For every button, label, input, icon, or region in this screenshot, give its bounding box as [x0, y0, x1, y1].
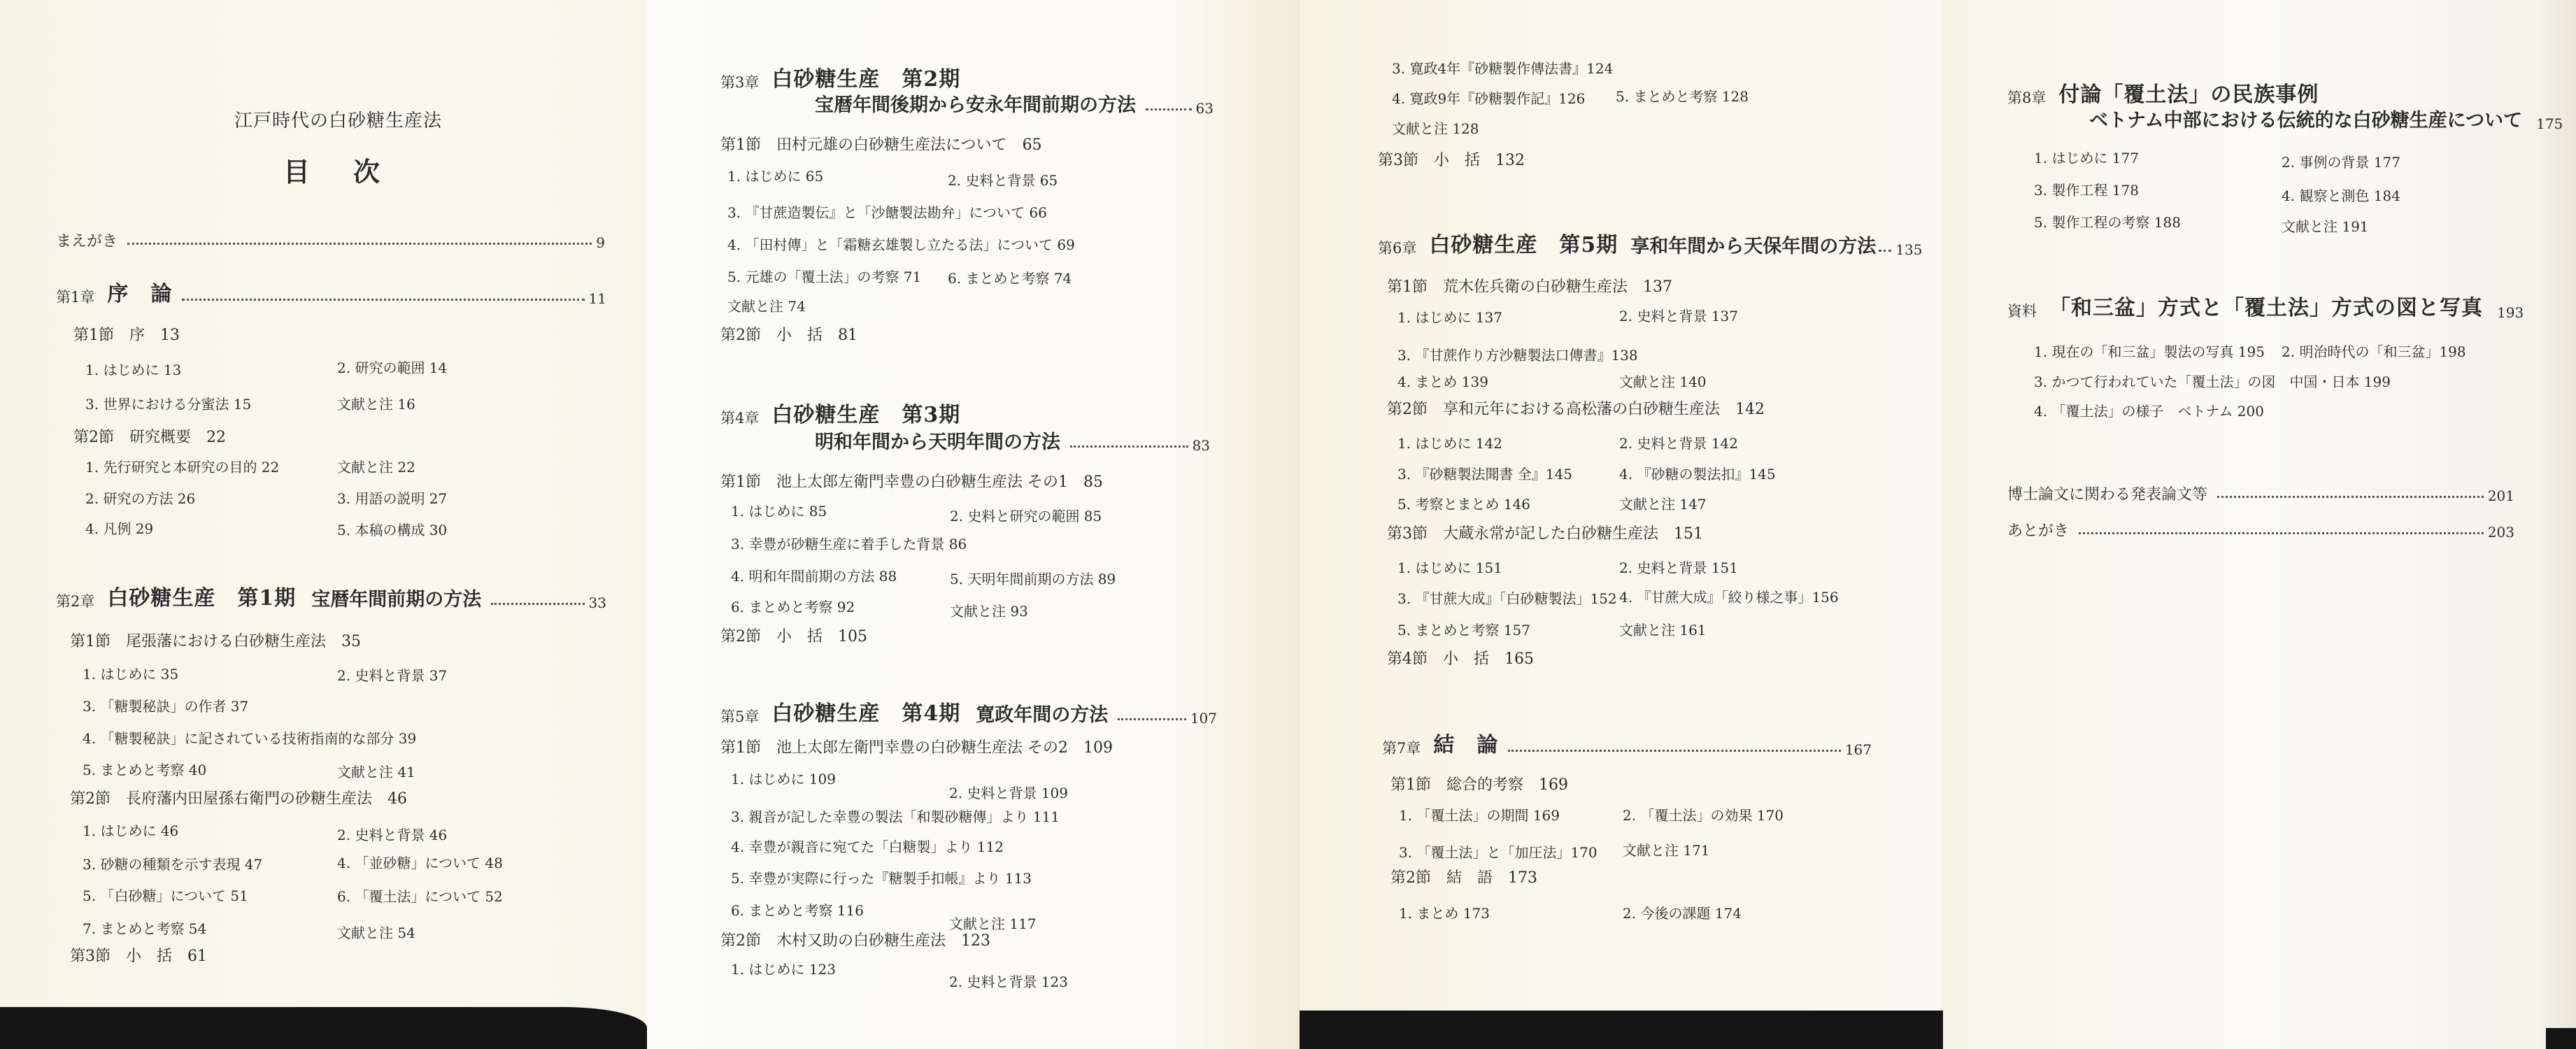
page-number: 173	[1508, 869, 1537, 887]
dot-leader	[1070, 445, 1188, 448]
chapter-title: 序 論	[107, 276, 172, 307]
scan-background-gap	[2546, 1028, 2576, 1049]
section-entry[interactable]: 第3節小 括132	[1378, 148, 1525, 170]
list-item[interactable]: 6. まとめと考察 116	[731, 899, 864, 920]
page-number: 142	[1735, 401, 1765, 418]
list-item[interactable]: 5. 天明年間前期の方法 89	[950, 568, 1116, 588]
section-title: 研究概要	[129, 429, 191, 446]
toc-heading-char: 次	[353, 150, 381, 189]
section-entry[interactable]: 第4節小 括165	[1387, 647, 1534, 669]
page-number: 203	[2488, 524, 2514, 541]
section-label: 第1節	[720, 739, 761, 757]
list-item[interactable]: 3. 寛政4年『砂糖製作傳法書』124	[1392, 57, 1613, 78]
list-item[interactable]: 2. 史料と背景 137	[1619, 305, 1738, 325]
chapter-3-subtitle-row[interactable]: 宝暦年間後期から安永年間前期の方法 63	[815, 90, 1214, 117]
list-item[interactable]: 4. 観察と測色 184	[2282, 185, 2400, 205]
chapter-5-heading[interactable]: 第5章 白砂糖生産 第4期 寛政年間の方法 107	[720, 696, 1217, 727]
list-item[interactable]: 1. はじめに 109	[731, 768, 836, 788]
page-number: 81	[838, 327, 858, 344]
list-item[interactable]: 3. 『甘蔗作り方沙糖製法口傳書』138	[1397, 344, 1638, 364]
chapter-title: 白砂糖生産 第5期	[1429, 227, 1618, 258]
page-number: 107	[1190, 710, 1217, 727]
entry-label: まえがき	[56, 229, 118, 251]
list-item[interactable]: 4. 『甘蔗大成』「絞り様之事」156	[1619, 586, 1839, 606]
page-number: 85	[1083, 473, 1103, 491]
section-title: 田村元雄の白砂糖生産法について	[776, 136, 1007, 154]
list-item[interactable]: 2. 「覆土法」の効果 170	[1623, 804, 1784, 825]
list-item[interactable]: 3. 「糖製秘訣」の作者 37	[83, 695, 248, 715]
section-entry[interactable]: 第1節尾張藩における白砂糖生産法35	[70, 629, 361, 651]
section-label: 第2節	[1387, 401, 1428, 418]
dot-leader	[1879, 250, 1891, 252]
page-number: 83	[1193, 437, 1210, 454]
page-number: 46	[387, 790, 407, 808]
dot-leader	[1508, 750, 1840, 752]
page-number: 13	[160, 327, 180, 344]
section-entry[interactable]: 第1節荒木佐兵衛の白砂糖生産法137	[1387, 275, 1672, 297]
list-item[interactable]: 1. 現在の「和三盆」製法の写真 195	[2034, 341, 2265, 361]
list-item[interactable]: 1. 「覆土法」の期間 169	[1399, 804, 1560, 825]
list-item[interactable]: 4. 明和年間前期の方法 88	[731, 565, 897, 585]
section-entry[interactable]: 第1節序13	[73, 323, 180, 345]
section-label: 第2節	[70, 790, 111, 808]
section-label: 第4節	[1387, 650, 1428, 668]
section-title: 大蔵永常が記した白砂糖生産法	[1443, 525, 1658, 543]
section-label: 第3節	[1378, 152, 1418, 169]
page-number: 165	[1504, 650, 1534, 668]
list-item[interactable]: 3. 『甘蔗造製伝』と「沙餹製法勘弁」について 66	[727, 201, 1047, 222]
list-item[interactable]: 1. はじめに 46	[83, 820, 178, 840]
list-item[interactable]: 3. かつて行われていた「覆土法」の図 中国・日本 199	[2034, 371, 2391, 391]
section-label: 第3節	[70, 948, 111, 965]
list-item[interactable]: 2. 史料と背景 151	[1619, 557, 1738, 577]
page-number: 135	[1895, 241, 1922, 258]
section-entry[interactable]: 第2節小 括105	[720, 625, 867, 646]
list-item[interactable]: 文献と注 74	[727, 295, 806, 315]
section-title: 木村又助の白砂糖生産法	[776, 932, 946, 950]
section-entry[interactable]: 第1節田村元雄の白砂糖生産法について65	[720, 133, 1042, 155]
list-item[interactable]: 5. まとめと考察 157	[1397, 619, 1530, 639]
section-title: 小 括	[776, 327, 823, 344]
section-title: 池上太郎左衛門幸豊の白砂糖生産法 その1	[776, 473, 1068, 491]
list-item[interactable]: 3. 「覆土法」と「加圧法」170	[1399, 841, 1597, 862]
list-item[interactable]: 4. まとめ 139	[1397, 371, 1488, 391]
page-number: 132	[1495, 152, 1525, 169]
list-item[interactable]: 5. 幸豊が実際に行った『糖製手扣帳』より 113	[731, 867, 1032, 887]
page-number: 151	[1674, 525, 1703, 543]
chapter-number: 第2章	[56, 590, 94, 611]
list-item[interactable]: 4. 「田村傳」と「霜糖玄雄製し立たる法」について 69	[727, 234, 1075, 254]
list-item[interactable]: 3. 用語の説明 27	[337, 487, 447, 508]
list-item[interactable]: 1. はじめに 151	[1397, 557, 1502, 577]
dot-leader	[2079, 532, 2484, 534]
chapter-subtitle: 寛政年間の方法	[976, 699, 1108, 727]
page-number: 175	[2536, 115, 2563, 132]
page-number: 35	[341, 633, 361, 650]
list-item[interactable]: 2. 史料と背景 109	[949, 782, 1068, 802]
appendix-title: 「和三盆」方式と「覆土法」方式の図と写真	[2049, 290, 2483, 321]
section-title: 総合的考察	[1446, 776, 1523, 794]
list-item[interactable]: 2. 研究の方法 26	[85, 487, 195, 508]
chapter-4-heading[interactable]: 第4章 白砂糖生産 第3期	[720, 397, 960, 428]
chapter-subtitle: 享和年間から天保年間の方法	[1630, 231, 1876, 258]
dot-leader	[1118, 718, 1186, 720]
list-item[interactable]: 4. 『砂糖の製法扣』145	[1619, 463, 1776, 483]
chapter-title: 白砂糖生産 第2期	[771, 62, 960, 92]
scan-background-gap	[1300, 1011, 1943, 1049]
list-item[interactable]: 1. はじめに 85	[731, 500, 827, 520]
entry-label: 博士論文に関わる発表論文等	[2007, 483, 2207, 504]
list-item[interactable]: 1. はじめに 142	[1397, 432, 1502, 452]
section-entry[interactable]: 第2節享和元年における高松藩の白砂糖生産法142	[1387, 397, 1765, 419]
chapter-number: 第7章	[1382, 737, 1421, 758]
section-entry[interactable]: 第2節研究概要22	[73, 425, 226, 447]
list-item[interactable]: 文献と注 161	[1619, 619, 1707, 639]
section-label: 第1節	[1390, 776, 1431, 794]
section-title: 尾張藩における白砂糖生産法	[126, 633, 326, 650]
list-item[interactable]: 1. はじめに 123	[731, 958, 836, 978]
section-entry[interactable]: 第2節結 語173	[1390, 866, 1537, 887]
list-item[interactable]: 1. はじめに 137	[1397, 306, 1502, 327]
section-label: 第2節	[720, 932, 761, 950]
list-item[interactable]: 3. 『砂糖製法聞書 全』145	[1397, 463, 1572, 483]
chapter-subtitle: 宝暦年間後期から安永年間前期の方法	[815, 90, 1136, 117]
list-item[interactable]: 2. 史料と背景 46	[337, 824, 447, 844]
chapter-1-heading[interactable]: 第1章 序 論 11	[56, 276, 606, 307]
chapter-subtitle: 明和年間から天明年間の方法	[815, 427, 1060, 454]
toc-entry-preface[interactable]: まえがき 9	[56, 229, 605, 251]
list-item[interactable]: 4. 凡例 29	[85, 518, 153, 538]
page-number: 9	[596, 234, 605, 251]
page-number: 201	[2488, 487, 2514, 504]
toc-page-4: 第8章 付論「覆土法」の民族事例 ベトナム中部における伝統的な白砂糖生産について…	[1941, 0, 2576, 1049]
page-number: 123	[961, 932, 990, 950]
list-item[interactable]: 7. まとめと考察 54	[83, 918, 206, 938]
toc-page-1: 江戸時代の白砂糖生産法 目次 まえがき 9 第1章 序 論 11 第1節序13 …	[0, 0, 647, 1049]
list-item[interactable]: 1. はじめに 35	[83, 663, 178, 683]
page-number: 33	[589, 594, 606, 611]
chapter-number: 第5章	[720, 706, 759, 727]
section-label: 第1節	[70, 633, 111, 650]
list-item[interactable]: 2. 研究の範囲 14	[337, 357, 447, 377]
page-number: 169	[1539, 776, 1568, 794]
chapter-8-subtitle-row[interactable]: ベトナム中部における伝統的な白砂糖生産について 175	[2089, 105, 2514, 132]
chapter-3-heading[interactable]: 第3章 白砂糖生産 第2期	[720, 62, 960, 92]
toc-heading-char: 目	[283, 150, 311, 189]
section-entry[interactable]: 第1節総合的考察169	[1390, 773, 1568, 794]
section-entry[interactable]: 第1節池上太郎左衛門幸豊の白砂糖生産法 その2109	[720, 736, 1113, 757]
list-item[interactable]: 3. 砂糖の種類を示す表現 47	[83, 853, 262, 873]
list-item[interactable]: 3. 世界における分蜜法 15	[85, 393, 251, 413]
list-item[interactable]: 5. 「白砂糖」について 51	[83, 885, 248, 905]
dot-leader	[491, 603, 584, 605]
list-item[interactable]: 2. 史料と研究の範囲 85	[950, 505, 1102, 525]
list-item[interactable]: 文献と注 54	[337, 922, 415, 942]
toc-entry-afterword[interactable]: あとがき 203	[2007, 519, 2514, 541]
page-number: 137	[1643, 278, 1672, 296]
list-item[interactable]: 6. まとめと考察 92	[731, 596, 855, 616]
section-label: 第3節	[1387, 525, 1428, 543]
list-item[interactable]: 3. 『甘蔗大成』「白砂糖製法」152	[1397, 587, 1617, 608]
list-item[interactable]: 文献と注 41	[337, 761, 415, 781]
page-number: 109	[1083, 739, 1113, 757]
page-number: 167	[1845, 741, 1872, 758]
section-entry[interactable]: 第2節長府藩内田屋孫右衛門の砂糖生産法46	[70, 787, 407, 808]
section-entry[interactable]: 第3節大蔵永常が記した白砂糖生産法151	[1387, 522, 1703, 543]
section-label: 第1節	[720, 136, 761, 154]
chapter-number: 第6章	[1378, 237, 1416, 258]
chapter-number: 第4章	[720, 407, 759, 428]
list-item[interactable]: 5. 考察とまとめ 146	[1397, 493, 1530, 513]
list-item[interactable]: 1. はじめに 13	[85, 359, 181, 379]
list-item[interactable]: 6. まとめと考察 74	[948, 267, 1072, 287]
list-item[interactable]: 3. 幸豊が砂糖生産に着手した背景 86	[731, 533, 967, 553]
list-item[interactable]: 文献と注 147	[1619, 493, 1707, 513]
list-item[interactable]: 6. 「覆土法」について 52	[337, 885, 503, 906]
appendix-label: 資料	[2007, 300, 2037, 321]
chapter-number: 第1章	[56, 286, 94, 307]
list-item[interactable]: 文献と注 191	[2282, 215, 2369, 236]
chapter-number: 第8章	[2007, 87, 2046, 108]
dot-leader	[182, 299, 584, 301]
dot-leader	[2217, 496, 2484, 498]
section-title: 結 語	[1446, 869, 1493, 887]
list-item[interactable]: 2. 明治時代の「和三盆」198	[2282, 341, 2466, 361]
list-item[interactable]: 5. まとめと考察 128	[1616, 85, 1749, 106]
chapter-title: 白砂糖生産 第1期	[107, 580, 296, 611]
section-entry[interactable]: 第1節池上太郎左衛門幸豊の白砂糖生産法 その185	[720, 470, 1103, 492]
toc-entry-publications[interactable]: 博士論文に関わる発表論文等 201	[2007, 483, 2514, 504]
list-item[interactable]: 2. 史料と背景 37	[337, 664, 447, 685]
section-title: 池上太郎左衛門幸豊の白砂糖生産法 その2	[776, 739, 1068, 757]
list-item[interactable]: 1. はじめに 177	[2034, 147, 2139, 167]
scan-background-gap	[0, 1007, 647, 1049]
page-number: 65	[1023, 136, 1042, 154]
list-item[interactable]: 5. 元雄の「覆土法」の考察 71	[727, 266, 921, 286]
page-number: 63	[1196, 100, 1214, 117]
section-title: 享和元年における高松藩の白砂糖生産法	[1443, 401, 1720, 418]
list-item[interactable]: 5. 製作工程の考察 188	[2034, 211, 2181, 231]
section-label: 第2節	[1390, 869, 1431, 887]
section-title: 小 括	[126, 948, 172, 965]
dot-leader	[1146, 108, 1192, 110]
section-entry[interactable]: 第3節小 括61	[70, 944, 207, 966]
section-label: 第2節	[720, 327, 761, 344]
list-item[interactable]: 2. 事例の背景 177	[2282, 151, 2400, 171]
list-item[interactable]: 2. 史料と背景 65	[948, 169, 1058, 190]
section-entry[interactable]: 第2節小 括81	[720, 323, 858, 345]
list-item[interactable]: 2. 史料と背景 123	[949, 971, 1068, 991]
toc-heading: 目次	[283, 150, 381, 189]
chapter-4-subtitle-row[interactable]: 明和年間から天明年間の方法 83	[769, 427, 1210, 454]
list-item[interactable]: 4. 幸豊が親音に宛てた「白糖製」より 112	[731, 836, 1004, 856]
section-title: 序	[129, 327, 145, 344]
chapter-title: 白砂糖生産 第3期	[771, 397, 960, 428]
toc-page-2: 第3章 白砂糖生産 第2期 宝暦年間後期から安永年間前期の方法 63 第1節田村…	[647, 0, 1301, 1049]
book-title: 江戸時代の白砂糖生産法	[234, 106, 442, 132]
list-item[interactable]: 5. 本稿の構成 30	[337, 519, 447, 539]
list-item[interactable]: 文献と注 22	[337, 456, 415, 476]
page-number: 61	[187, 948, 207, 965]
toc-page-3: 3. 寛政4年『砂糖製作傳法書』124 4. 寛政9年『砂糖製作記』126 5.…	[1300, 0, 1943, 1049]
page-number: 105	[838, 628, 867, 645]
entry-label: あとがき	[2007, 519, 2069, 541]
list-item[interactable]: 文献と注 171	[1623, 839, 1710, 859]
chapter-title: 付論「覆土法」の民族事例	[2058, 77, 2319, 108]
section-label: 第2節	[73, 429, 114, 446]
section-title: 小 括	[776, 628, 823, 645]
appendix-heading[interactable]: 資料 「和三盆」方式と「覆土法」方式の図と写真 193	[2007, 290, 2514, 321]
chapter-8-heading[interactable]: 第8章 付論「覆土法」の民族事例	[2007, 77, 2319, 108]
chapter-subtitle: ベトナム中部における伝統的な白砂糖生産について	[2089, 105, 2522, 132]
chapter-title: 白砂糖生産 第4期	[771, 696, 960, 727]
list-item[interactable]: 2. 史料と背景 142	[1619, 432, 1738, 452]
section-title: 長府藩内田屋孫右衛門の砂糖生産法	[126, 790, 372, 808]
list-item[interactable]: 5. まとめと考察 40	[83, 759, 206, 779]
list-item[interactable]: 文献と注 128	[1392, 117, 1479, 138]
chapter-7-heading[interactable]: 第7章 結 論 167	[1382, 727, 1872, 758]
page-number: 11	[589, 290, 606, 307]
list-item[interactable]: 4. 「覆土法」の様子 ベトナム 200	[2034, 400, 2264, 420]
list-item[interactable]: 文献と注 16	[337, 393, 415, 413]
dot-leader	[127, 243, 592, 245]
chapter-title: 結 論	[1433, 727, 1498, 758]
list-item[interactable]: 4. 「並砂糖」について 48	[337, 852, 503, 872]
section-entry[interactable]: 第2節木村又助の白砂糖生産法123	[720, 929, 990, 950]
list-item[interactable]: 3. 製作工程 178	[2034, 179, 2139, 199]
list-item[interactable]: 2. 今後の課題 174	[1623, 902, 1742, 922]
section-label: 第1節	[1387, 278, 1428, 296]
chapter-subtitle: 宝暦年間前期の方法	[311, 584, 481, 611]
list-item[interactable]: 1. まとめ 173	[1399, 902, 1490, 922]
section-title: 荒木佐兵衛の白砂糖生産法	[1443, 278, 1628, 296]
section-label: 第2節	[720, 628, 761, 645]
list-item[interactable]: 1. 先行研究と本研究の目的 22	[85, 456, 279, 476]
section-label: 第1節	[73, 327, 114, 344]
chapter-number: 第3章	[720, 71, 759, 92]
list-item[interactable]: 1. はじめに 65	[727, 165, 823, 185]
list-item[interactable]: 文献と注 93	[950, 600, 1028, 620]
chapter-2-heading[interactable]: 第2章 白砂糖生産 第1期 宝暦年間前期の方法 33	[56, 580, 606, 611]
page-number: 22	[206, 429, 226, 446]
section-title: 小 括	[1434, 152, 1480, 169]
chapter-6-heading[interactable]: 第6章 白砂糖生産 第5期 享和年間から天保年間の方法 135	[1378, 227, 1860, 258]
list-item[interactable]: 4. 「糖製秘訣」に記されている技術指南的な部分 39	[83, 727, 416, 748]
list-item[interactable]: 3. 親音が記した幸豊の製法「和製砂糖傳」より 111	[731, 806, 1060, 826]
section-title: 小 括	[1443, 650, 1489, 668]
list-item[interactable]: 文献と注 140	[1619, 371, 1707, 391]
section-label: 第1節	[720, 473, 761, 491]
page-number: 193	[2497, 304, 2524, 321]
list-item[interactable]: 4. 寛政9年『砂糖製作記』126	[1392, 87, 1585, 108]
